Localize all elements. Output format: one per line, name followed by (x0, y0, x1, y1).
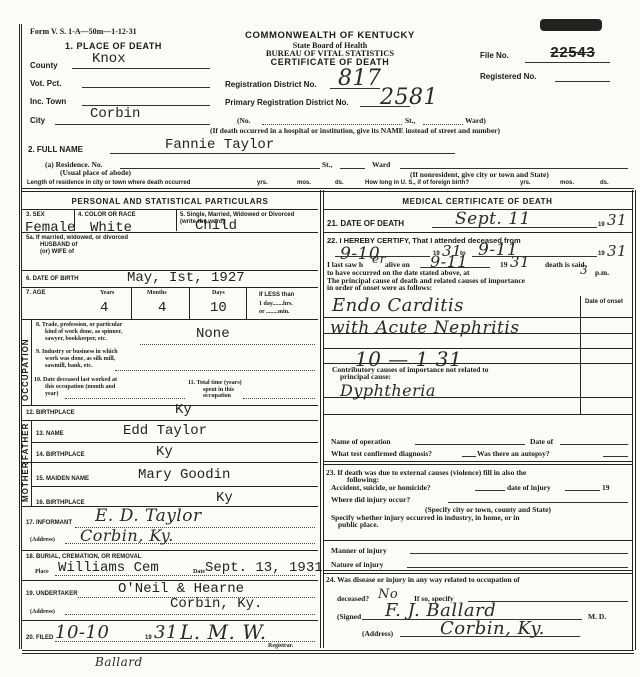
sex-label: 3. SEX (26, 212, 45, 218)
informant-address: Corbin, Ky. (80, 526, 174, 545)
residence-ward-label: Ward (372, 160, 390, 169)
primary-reg-value: 2581 (380, 85, 438, 110)
father-name-label: 13. NAME (36, 431, 64, 437)
full-name-value: Fannie Taylor (165, 137, 274, 153)
less-than-min: or ........min. (259, 309, 290, 315)
race-label: 4. COLOR OR RACE (78, 212, 136, 218)
autopsy-label: Was there an autopsy? (477, 449, 550, 458)
industry-label-2: work was done, as silk mill, (45, 356, 115, 362)
accident-label: Accident, suicide, or homicide? (331, 483, 431, 492)
birthplace-value: Ky (175, 402, 192, 418)
death-said-label: death is said (545, 260, 585, 269)
cause-line-1: Endo Carditis (332, 295, 464, 316)
county-value: Knox (92, 51, 126, 67)
md-label: M. D. (588, 612, 606, 621)
total-time-label-3: occupation (203, 393, 231, 399)
medical-section-title: MEDICAL CERTIFICATE OF DEATH (325, 197, 630, 206)
last-worked-label-3: year) (45, 391, 58, 397)
foreign-ds-label: ds. (600, 180, 609, 186)
last-saw-year: 31 (510, 253, 530, 271)
mother-side-label: MOTHER (21, 462, 30, 502)
informant-label: 17. INFORMANT (26, 520, 72, 526)
registrar-label: Registrar. (268, 643, 293, 649)
cause-intro-2: in order of onset were as follows: (327, 283, 432, 292)
total-time-label-1: 11. Total time (years) (188, 380, 242, 386)
dod-label: 21. DATE OF DEATH (327, 219, 404, 228)
city-value: Corbin (90, 106, 140, 122)
trade-label-1: 8. Trade, profession, or particular (36, 322, 122, 328)
birthplace-label: 12. BIRTHPLACE (26, 410, 75, 416)
days-label: Days (212, 290, 225, 296)
file-no-value: 22543 (550, 45, 595, 62)
personal-section-title: PERSONAL AND STATISTICAL PARTICULARS (22, 197, 318, 206)
signed-label: (Signed (337, 612, 361, 621)
age-label: 7. AGE (26, 290, 45, 296)
filed-year-prefix: 19 (145, 635, 152, 641)
hospital-note: (If death occurred in a hospital or inst… (210, 126, 500, 135)
less-than-label: If LESS than (259, 292, 294, 298)
no-label: (No. (237, 116, 251, 125)
less-than-hrs: 1 day.......hrs. (259, 301, 293, 307)
foreign-mos-label: mos. (560, 180, 574, 186)
spouse-label: 5a. If married, widowed, or divorced (26, 235, 128, 241)
date-injury-label: date of injury (507, 483, 551, 492)
foreign-yrs-label: yrs. (520, 180, 531, 186)
registrar-signature: L. M. W. (180, 620, 267, 644)
reg-district-label: Registration District No. (225, 80, 317, 89)
usual-abode-label: (Usual place of abode) (60, 168, 131, 177)
dod-year: 31 (607, 211, 627, 229)
father-birthplace-value: Ky (156, 444, 173, 460)
manner-label: Manner of injury (331, 546, 387, 555)
injury-year-label: 19 (602, 483, 610, 492)
undertaker-name: O'Neil & Hearne (118, 581, 244, 597)
ds-label: ds. (335, 180, 344, 186)
reg-district-value: 817 (338, 66, 382, 91)
last-worked-label-2: this occupation (month and (45, 384, 115, 390)
specify-whether-2: public place. (338, 520, 378, 529)
st-label: St., (405, 116, 415, 125)
inc-town-label: Inc. Town (30, 97, 66, 106)
yrs-label: yrs. (257, 180, 268, 186)
burial-place-label: Place (35, 569, 49, 575)
last-saw-pronoun: er (372, 252, 386, 266)
vot-pct-label: Vot. Pct. (30, 79, 61, 88)
years-label: Years (100, 290, 114, 296)
occ-deceased-label: deceased? (337, 594, 369, 603)
industry-label-3: sawmill, bank, etc. (45, 363, 93, 369)
last-saw-year-prefix: 19 (500, 260, 508, 269)
filed-date: 10-10 (55, 622, 109, 643)
operation-label: Name of operation (331, 437, 391, 446)
father-name-value: Edd Taylor (123, 423, 207, 439)
race-value: White (90, 220, 132, 236)
dob-label: 6. DATE OF BIRTH (26, 276, 79, 282)
mother-name-label: 15. MAIDEN NAME (36, 476, 89, 482)
dob-value: May, Ist, 1927 (127, 270, 245, 286)
file-no-label: File No. (480, 51, 509, 60)
physician-address-label: (Address) (362, 629, 393, 638)
contrib-label-2: principal cause: (340, 372, 391, 381)
husband-label: HUSBAND of (40, 242, 77, 248)
certificate-title: CERTIFICATE OF DEATH (230, 57, 430, 67)
wife-label: (or) WIFE of (40, 249, 74, 255)
redaction-mark (540, 19, 602, 31)
nature-label: Nature of injury (331, 560, 383, 569)
age-days: 10 (210, 300, 227, 316)
filed-year: 31 (154, 622, 178, 643)
margin-note: Ballard (95, 655, 143, 669)
length-residence-label: Length of residence in city or town wher… (27, 180, 190, 186)
test-label: What test confirmed diagnosis? (331, 449, 432, 458)
trade-value: None (196, 326, 230, 342)
undertaker-label: 19. UNDERTAKER (26, 591, 78, 597)
dod-value: Sept. 11 (455, 209, 531, 229)
header-divider (22, 188, 634, 192)
where-injury-label: Where did injury occur? (331, 495, 410, 504)
to-year-prefix: 19 (598, 251, 605, 257)
burial-date-label: Date (193, 569, 205, 575)
occ-related-label: 24. Was disease or injury in any way rel… (326, 575, 520, 584)
months-label: Months (147, 290, 167, 296)
trade-label-3: sawyer, bookkeeper, etc. (45, 336, 107, 342)
full-name-label: 2. FULL NAME (28, 145, 83, 154)
date-onset-label: Date of onset (583, 299, 625, 306)
sex-value: Female (25, 220, 75, 236)
place-of-death-label: 1. PLACE OF DEATH (65, 41, 162, 51)
frame-right-border (632, 190, 636, 650)
primary-reg-label: Primary Registration District No. (225, 98, 349, 107)
city-label: City (30, 116, 45, 125)
father-birthplace-label: 14. BIRTHPLACE (36, 452, 85, 458)
occupation-side-label: OCCUPATION (21, 326, 30, 401)
death-time: 3 (580, 263, 588, 277)
registered-no-label: Registered No. (480, 72, 536, 81)
form-id: Form V. S. 1-A—50m—1-12-31 (30, 27, 137, 36)
informant-address-label: (Address) (30, 537, 55, 543)
cause-line-2: with Acute Nephritis (330, 318, 520, 338)
foreign-birth-label: How long in U. S., if of foreign birth? (365, 180, 469, 186)
mos-label: mos. (297, 180, 311, 186)
undertaker-address-label: (Address) (30, 609, 55, 615)
mother-name-value: Mary Goodin (138, 467, 230, 483)
ward-label: Ward) (465, 116, 486, 125)
dod-year-prefix: 19 (598, 222, 605, 228)
age-months: 4 (158, 300, 166, 316)
last-worked-label-1: 10. Date deceased last worked at (34, 377, 117, 383)
county-label: County (30, 61, 58, 70)
age-years: 4 (100, 300, 108, 316)
to-year: 31 (607, 242, 627, 260)
residence-st-label: St., (322, 160, 332, 169)
trade-label-2: kind of work done, as spinner, (45, 329, 122, 335)
undertaker-address: Corbin, Ky. (170, 596, 262, 612)
pm-label: p.m. (595, 268, 609, 277)
father-side-label: FATHER (21, 422, 30, 460)
mother-birthplace-value: Ky (216, 490, 233, 506)
commonwealth-title: COMMONWEALTH OF KENTUCKY (230, 30, 430, 41)
industry-label-1: 9. Industry or business in which (36, 349, 118, 355)
burial-date-value: Sept. 13, 1931 (205, 560, 323, 576)
bottom-border (22, 650, 634, 654)
filed-label: 20. FILED (26, 635, 53, 641)
operation-date-label: Date of (530, 437, 553, 446)
informant-value: E. D. Taylor (95, 506, 202, 526)
nonresident-note: (If nonresident, give city or town and S… (410, 170, 549, 179)
burial-place-value: Williams Cem (58, 560, 159, 576)
column-divider (320, 190, 324, 648)
